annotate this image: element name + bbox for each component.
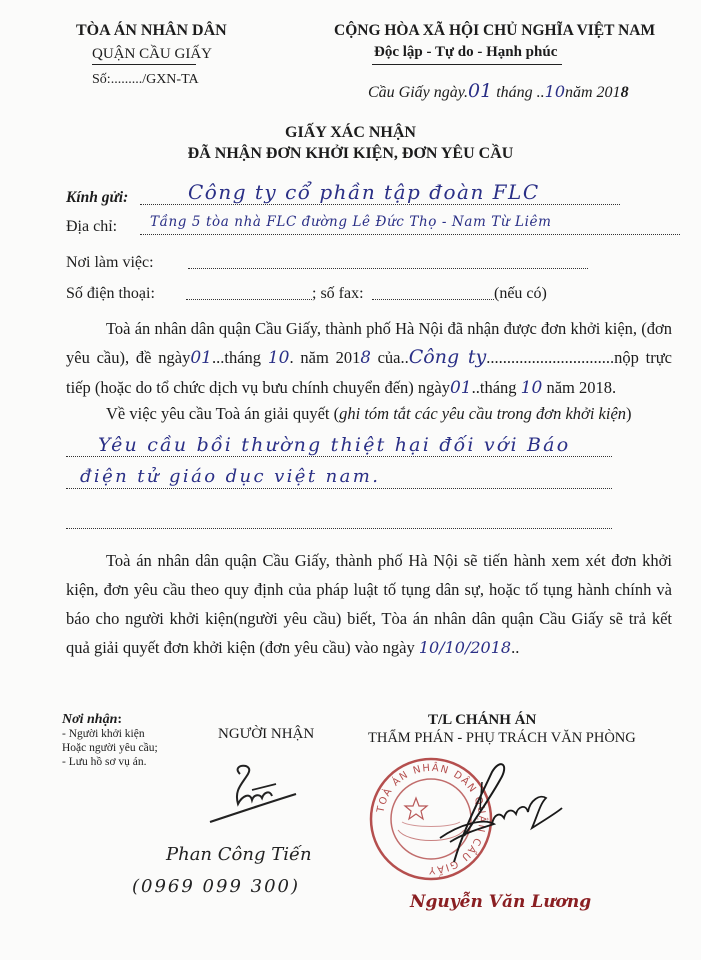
receiver-title: NGƯỜI NHẬN — [218, 726, 314, 743]
p1-received-day: 01 — [450, 378, 472, 398]
request-text-2: điện tử giáo dục việt nam. — [80, 466, 380, 487]
workplace-label: Nơi làm việc: — [66, 254, 154, 272]
place-date-month: 10 — [545, 82, 565, 101]
processing-paragraph: Toà án nhân dân quận Cầu Giấy, thành phố… — [66, 546, 672, 662]
motto: Độc lập - Tự do - Hạnh phúc — [374, 44, 557, 61]
document-subtitle: ĐÃ NHẬN ĐƠN KHỞI KIỆN, ĐƠN YÊU CẦU — [0, 145, 701, 163]
place-date: Cầu Giấy ngày.01 tháng ..10năm 2018 — [368, 80, 629, 102]
p1-text-b: ...tháng — [212, 348, 261, 367]
p3-end: .. — [511, 638, 519, 657]
place-date-prefix: Cầu Giấy ngày. — [368, 84, 468, 101]
receiver-name: Phan Công Tiến — [166, 844, 312, 865]
p3-result-date: 10/10/2018 — [419, 638, 511, 657]
request-line-2 — [66, 488, 612, 489]
doc-number-dots: ......... — [111, 72, 143, 87]
recipient-item-2: Hoặc người yêu cầu; — [62, 742, 158, 754]
fax-suffix: (nếu có) — [494, 285, 547, 303]
address-value: Tầng 5 tòa nhà FLC đường Lê Đức Thọ - Na… — [150, 214, 552, 230]
recipients-title-text: Nơi nhận — [62, 712, 117, 727]
doc-number-suffix: /GXN-TA — [142, 72, 198, 87]
request-close: ) — [626, 404, 632, 423]
phone-field — [186, 299, 312, 300]
p1-filed-year: 8 — [360, 348, 371, 367]
request-line-1 — [66, 456, 612, 457]
signer-name: Nguyễn Văn Lương — [410, 892, 591, 912]
recipients-title-colon: : — [117, 712, 122, 727]
signer-title-1: T/L CHÁNH ÁN — [428, 712, 536, 729]
receipt-paragraph: Toà án nhân dân quận Cầu Giấy, thành phố… — [66, 314, 672, 403]
p1-received-month: 10 — [521, 378, 543, 398]
place-date-day: 01 — [468, 80, 492, 102]
phone-label: Số điện thoại: — [66, 285, 155, 303]
court-district: QUẬN CẦU GIẤY — [92, 46, 212, 63]
recipient-value: Công ty cổ phần tập đoàn FLC — [188, 180, 540, 204]
recipient-label: Kính gửi: — [66, 189, 128, 207]
p1-text-d: của.. — [371, 348, 409, 367]
address-line — [140, 234, 680, 235]
doc-number: Số:........./GXN-TA — [92, 72, 199, 88]
court-underline — [92, 64, 196, 65]
receiver-signature — [200, 760, 310, 830]
doc-number-label: Số: — [92, 72, 111, 87]
receiver-phone: (0969 099 300) — [132, 876, 300, 897]
request-note: ghi tóm tắt các yêu cầu trong đơn khởi k… — [339, 404, 626, 423]
p1-text-c: . năm 201 — [289, 348, 360, 367]
recipient-item-3: - Lưu hồ sơ vụ án. — [62, 756, 147, 768]
signer-title-2: THẨM PHÁN - PHỤ TRÁCH VĂN PHÒNG — [368, 730, 636, 747]
fax-field — [372, 299, 494, 300]
recipient-line — [140, 204, 620, 205]
p1-text-g: năm 2018. — [542, 378, 616, 397]
p1-filed-day: 01 — [190, 348, 212, 368]
request-line-3 — [66, 528, 612, 529]
request-label: Về việc yêu cầu Toà án giải quyết ( — [106, 404, 339, 423]
p1-text-f: ..tháng — [472, 378, 517, 397]
fax-label: ; số fax: — [312, 285, 364, 303]
place-date-year: 8 — [621, 84, 629, 101]
p3-text: Toà án nhân dân quận Cầu Giấy, thành phố… — [66, 551, 672, 657]
p1-filed-month: 10 — [268, 348, 290, 368]
request-heading: Về việc yêu cầu Toà án giải quyết (ghi t… — [106, 404, 632, 424]
motto-underline — [372, 64, 562, 65]
signer-signature — [420, 758, 570, 868]
p1-party: Công ty — [409, 346, 486, 368]
recipients-title: Nơi nhận: — [62, 712, 122, 728]
court-name: TÒA ÁN NHÂN DÂN — [76, 22, 227, 40]
document-title: GIẤY XÁC NHẬN — [0, 124, 701, 142]
workplace-field — [188, 268, 588, 269]
recipient-item-1: - Người khởi kiện — [62, 728, 145, 740]
request-text-1: Yêu cầu bồi thường thiệt hại đối với Báo — [98, 434, 570, 456]
place-date-month-label: tháng .. — [496, 84, 544, 101]
republic-heading: CỘNG HÒA XÃ HỘI CHỦ NGHĨA VIỆT NAM — [334, 22, 655, 40]
address-label: Địa chỉ: — [66, 218, 117, 236]
place-date-year-label: năm 201 — [565, 84, 621, 101]
